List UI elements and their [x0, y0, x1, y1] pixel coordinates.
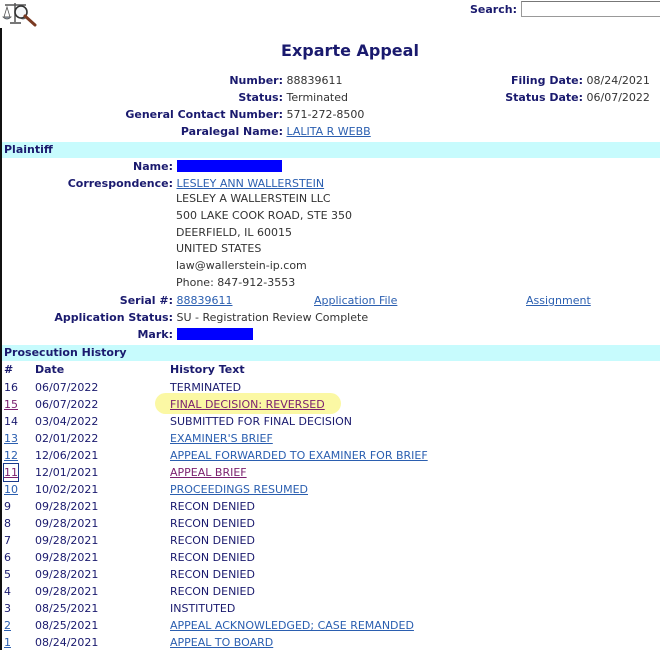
page-title: Exparte Appeal	[0, 41, 660, 60]
row-history-text-link[interactable]: APPEAL BRIEF	[170, 464, 247, 481]
application-file-link[interactable]: Application File	[314, 294, 397, 307]
row-date: 06/07/2022	[35, 379, 98, 396]
row-history-text: RECON DENIED	[170, 566, 255, 583]
address-line: UNITED STATES	[176, 241, 352, 258]
application-status-field: Application Status: SU - Registration Re…	[0, 311, 368, 324]
row-history-text: RECON DENIED	[170, 583, 255, 600]
row-date: 03/04/2022	[35, 413, 98, 430]
row-date: 08/25/2021	[35, 600, 98, 617]
row-history-text-link[interactable]: APPEAL ACKNOWLEDGED; CASE REMANDED	[170, 617, 414, 634]
search-bar: Search:	[470, 0, 660, 18]
row-number: 7	[4, 532, 34, 549]
row-number-link[interactable]: 10	[4, 481, 18, 498]
application-status-label: Application Status:	[0, 311, 173, 324]
plaintiff-name-field: Name:	[0, 160, 282, 173]
row-date: 09/28/2021	[35, 566, 98, 583]
correspondence-address: LESLEY A WALLERSTEIN LLC 500 LAKE COOK R…	[176, 191, 352, 292]
correspondence-field: Correspondence: LESLEY ANN WALLERSTEIN	[0, 177, 324, 190]
paralegal-link[interactable]: LALITA R WEBB	[287, 125, 371, 138]
number-field: Number: 88839611	[100, 74, 343, 87]
plaintiff-section-header: Plaintiff	[2, 142, 660, 158]
row-date: 09/28/2021	[35, 498, 98, 515]
row-number: 14	[4, 413, 34, 430]
row-history-text: RECON DENIED	[170, 532, 255, 549]
mark-field: Mark:	[0, 328, 253, 341]
serial-field: Serial #: 88839611	[0, 294, 233, 307]
serial-label: Serial #:	[0, 294, 173, 307]
prosecution-history-header: Prosecution History	[2, 345, 660, 361]
scales-magnifier-icon[interactable]	[2, 0, 38, 28]
contact-field: General Contact Number: 571-272-8500	[100, 108, 364, 121]
row-history-text: SUBMITTED FOR FINAL DECISION	[170, 413, 352, 430]
row-number: 16	[4, 379, 34, 396]
row-history-text-link[interactable]: EXAMINER'S BRIEF	[170, 430, 273, 447]
col-date: Date	[35, 363, 64, 376]
correspondence-label: Correspondence:	[0, 177, 173, 190]
redacted-name	[177, 160, 282, 172]
status-date-value: 06/07/2022	[587, 91, 650, 104]
row-date: 06/07/2022	[35, 396, 98, 413]
row-history-text: RECON DENIED	[170, 498, 255, 515]
search-input[interactable]	[521, 1, 660, 17]
row-history-text: RECON DENIED	[170, 515, 255, 532]
row-number-link[interactable]: 11	[4, 464, 18, 481]
address-phone: Phone: 847-912-3553	[176, 275, 352, 292]
filing-date-label: Filing Date:	[470, 74, 583, 87]
col-num: #	[4, 363, 13, 376]
col-history-text: History Text	[170, 363, 245, 376]
row-date: 12/06/2021	[35, 447, 98, 464]
row-date: 09/28/2021	[35, 549, 98, 566]
row-number: 5	[4, 566, 34, 583]
address-email: law@wallerstein-ip.com	[176, 258, 352, 275]
row-number: 6	[4, 549, 34, 566]
row-date: 02/01/2022	[35, 430, 98, 447]
row-date: 09/28/2021	[35, 532, 98, 549]
row-date: 10/02/2021	[35, 481, 98, 498]
row-history-text-link[interactable]: APPEAL TO BOARD	[170, 634, 273, 650]
filing-date-field: Filing Date: 08/24/2021	[470, 74, 650, 87]
row-number-link[interactable]: 15	[4, 396, 18, 413]
plaintiff-name-label: Name:	[0, 160, 173, 173]
row-date: 08/24/2021	[35, 634, 98, 650]
mark-label: Mark:	[0, 328, 173, 341]
assignment-link[interactable]: Assignment	[526, 294, 591, 307]
row-history-text-link[interactable]: APPEAL FORWARDED TO EXAMINER FOR BRIEF	[170, 447, 428, 464]
row-number: 3	[4, 600, 34, 617]
row-date: 12/01/2021	[35, 464, 98, 481]
row-number-link[interactable]: 1	[4, 634, 11, 650]
application-status-value: SU - Registration Review Complete	[177, 311, 369, 324]
status-date-field: Status Date: 06/07/2022	[470, 91, 650, 104]
search-label: Search:	[470, 3, 517, 16]
row-date: 09/28/2021	[35, 583, 98, 600]
status-value: Terminated	[287, 91, 349, 104]
row-history-text-link[interactable]: PROCEEDINGS RESUMED	[170, 481, 308, 498]
filing-date-value: 08/24/2021	[587, 74, 650, 87]
status-date-label: Status Date:	[470, 91, 583, 104]
status-field: Status: Terminated	[100, 91, 348, 104]
row-number-link[interactable]: 2	[4, 617, 11, 634]
paralegal-label: Paralegal Name:	[100, 125, 283, 138]
contact-value: 571-272-8500	[287, 108, 365, 121]
row-history-text: INSTITUTED	[170, 600, 235, 617]
correspondence-link[interactable]: LESLEY ANN WALLERSTEIN	[177, 177, 325, 190]
row-history-text: TERMINATED	[170, 379, 241, 396]
row-number: 4	[4, 583, 34, 600]
contact-label: General Contact Number:	[100, 108, 283, 121]
redacted-mark	[177, 328, 253, 340]
paralegal-field: Paralegal Name: LALITA R WEBB	[100, 125, 371, 138]
row-date: 08/25/2021	[35, 617, 98, 634]
number-label: Number:	[100, 74, 283, 87]
row-number-link[interactable]: 12	[4, 447, 18, 464]
row-date: 09/28/2021	[35, 515, 98, 532]
number-value: 88839611	[287, 74, 343, 87]
address-line: 500 LAKE COOK ROAD, STE 350	[176, 208, 352, 225]
row-number: 8	[4, 515, 34, 532]
row-number-link[interactable]: 13	[4, 430, 18, 447]
serial-link[interactable]: 88839611	[177, 294, 233, 307]
address-line: LESLEY A WALLERSTEIN LLC	[176, 191, 352, 208]
row-history-text-link[interactable]: FINAL DECISION: REVERSED	[170, 396, 325, 413]
row-history-text: RECON DENIED	[170, 549, 255, 566]
address-line: DEERFIELD, IL 60015	[176, 225, 352, 242]
status-label: Status:	[100, 91, 283, 104]
row-number: 9	[4, 498, 34, 515]
